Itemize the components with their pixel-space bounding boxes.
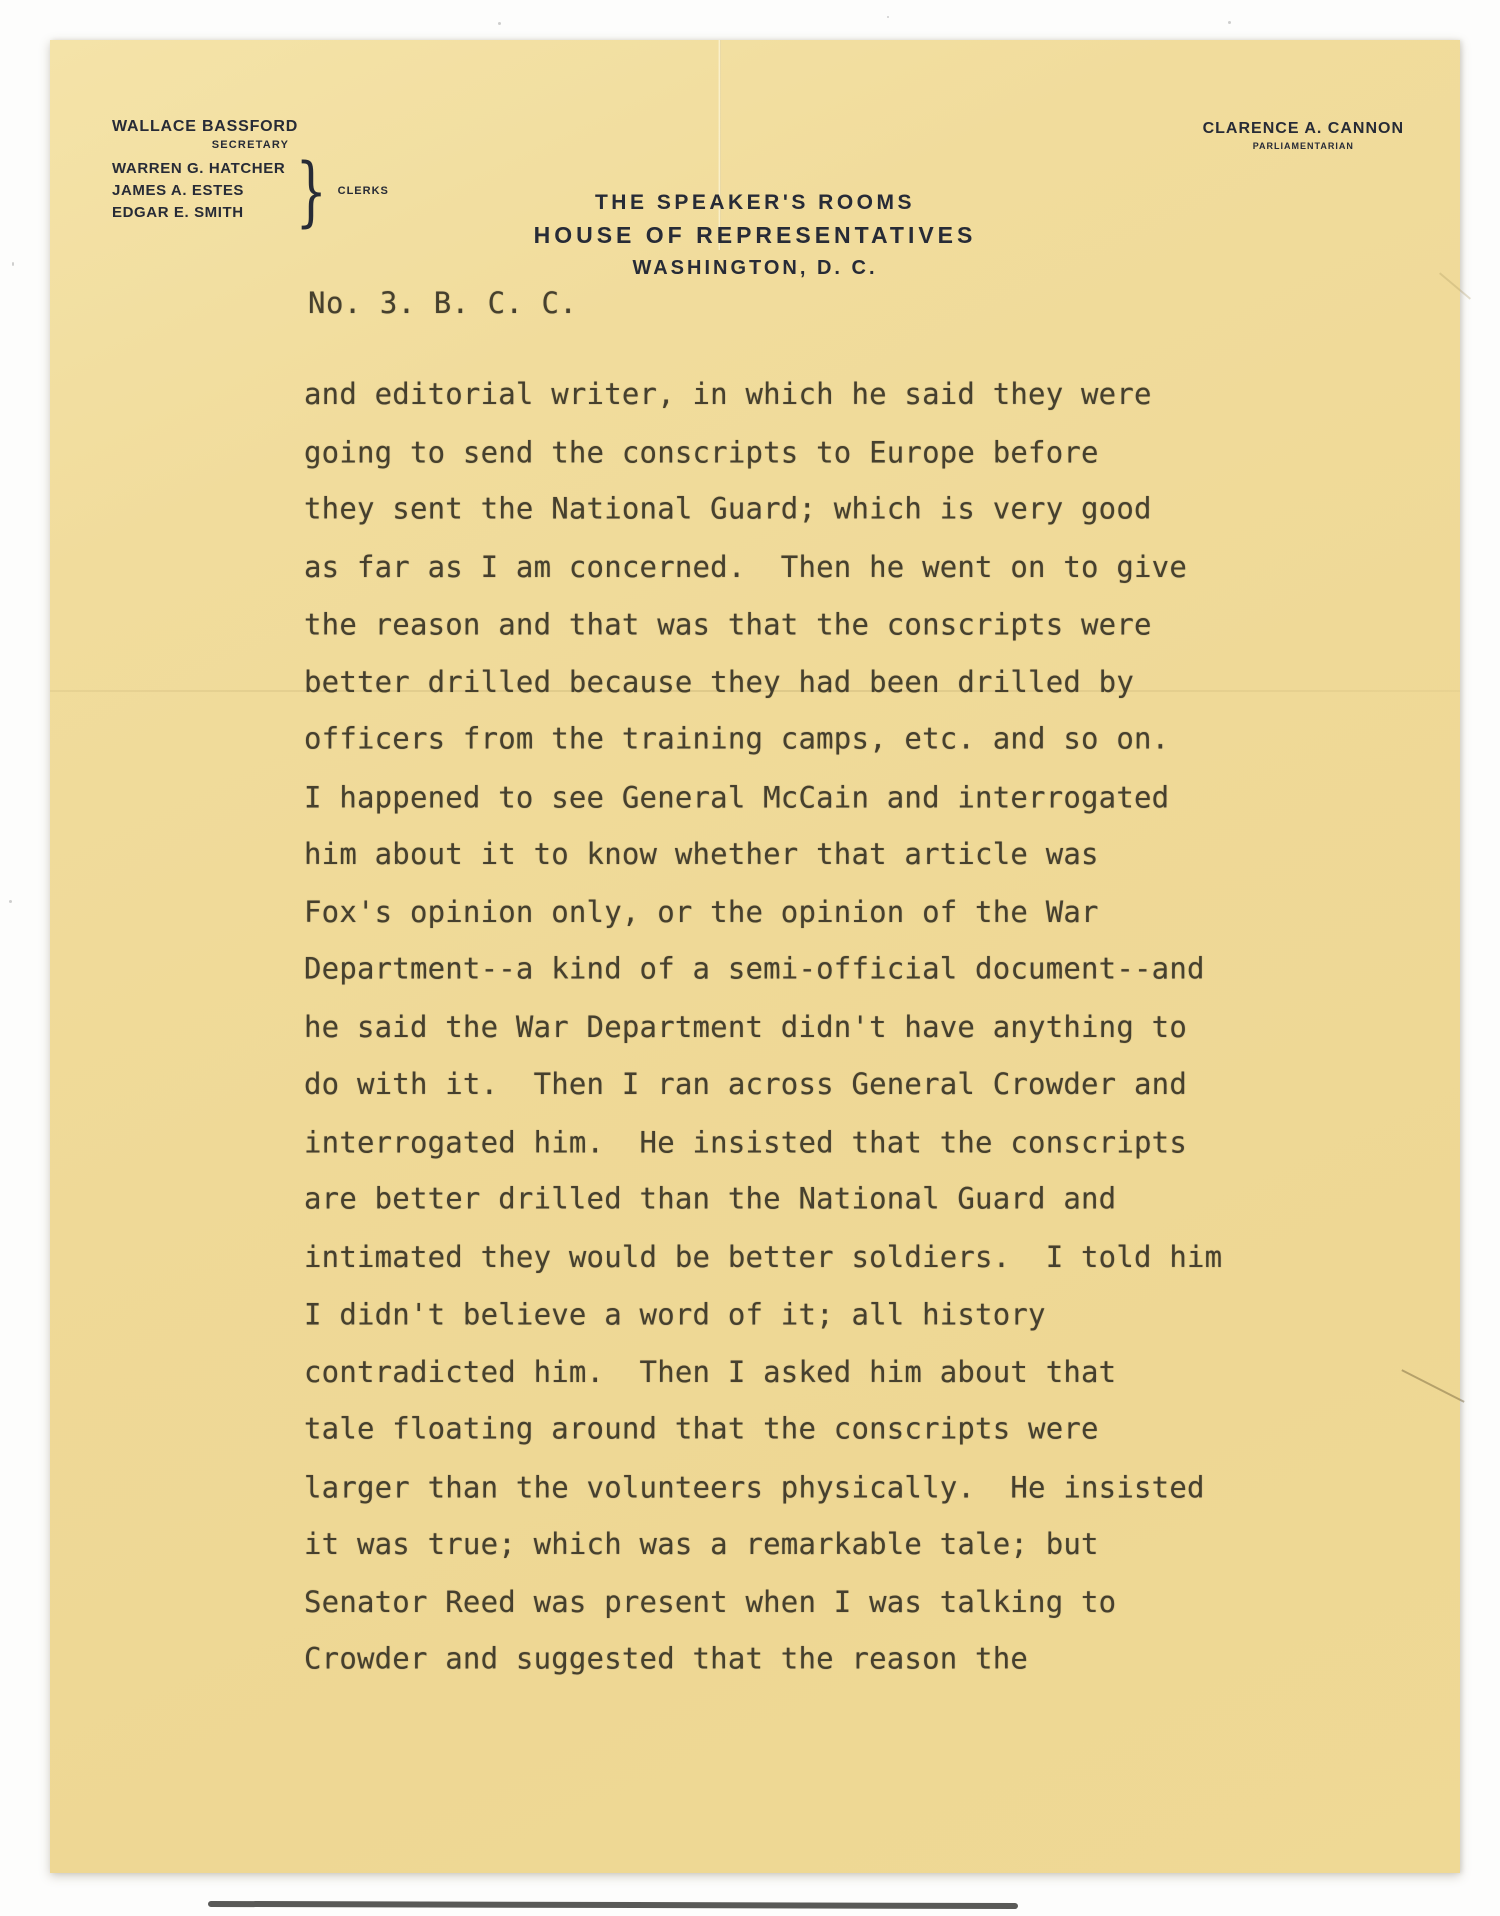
body-line: and editorial writer, in which he said t… <box>304 366 1264 424</box>
scan-background: WALLACE BASSFORD SECRETARY WARREN G. HAT… <box>0 0 1500 1916</box>
body-line: I happened to see General McCain and int… <box>304 769 1264 827</box>
body-line: he said the War Department didn't have a… <box>304 999 1264 1057</box>
body-line: interrogated him. He insisted that the c… <box>304 1114 1264 1172</box>
secretary-name: WALLACE BASSFORD <box>112 118 389 136</box>
body-line: him about it to know whether that articl… <box>304 826 1264 884</box>
body-line: they sent the National Guard; which is v… <box>304 481 1264 539</box>
body-line: Fox's opinion only, or the opinion of th… <box>304 884 1264 942</box>
office-title: THE SPEAKER'S ROOMS <box>50 186 1460 219</box>
dust-speck <box>1228 21 1231 24</box>
body-line: the reason and that was that the conscri… <box>304 597 1264 655</box>
institution-title: HOUSE OF REPRESENTATIVES <box>50 219 1460 252</box>
clerk-name: WARREN G. HATCHER <box>112 158 285 180</box>
letterhead-center-block: THE SPEAKER'S ROOMS HOUSE OF REPRESENTAT… <box>50 186 1460 285</box>
letter-page: WALLACE BASSFORD SECRETARY WARREN G. HAT… <box>50 40 1460 1873</box>
dust-speck <box>887 16 889 18</box>
body-line: Senator Reed was present when I was talk… <box>304 1574 1264 1632</box>
body-line: it was true; which was a remarkable tale… <box>304 1516 1264 1574</box>
body-line: officers from the training camps, etc. a… <box>304 711 1264 769</box>
body-line: Department--a kind of a semi-official do… <box>304 941 1264 999</box>
secretary-title: SECRETARY <box>112 139 389 151</box>
body-line: intimated they would be better soldiers.… <box>304 1229 1264 1287</box>
letter-body: and editorial writer, in which he said t… <box>304 366 1264 1689</box>
body-line: as far as I am concerned. Then he went o… <box>304 539 1264 597</box>
body-line: larger than the volunteers physically. H… <box>304 1459 1264 1517</box>
body-line: tale floating around that the conscripts… <box>304 1401 1264 1459</box>
parliamentarian-title: PARLIAMENTARIAN <box>1203 141 1404 151</box>
body-line: going to send the conscripts to Europe b… <box>304 424 1264 482</box>
paper-crease <box>1401 1369 1464 1403</box>
body-line: better drilled because they had been dri… <box>304 654 1264 712</box>
next-page-edge <box>208 1901 1018 1909</box>
parliamentarian-name: CLARENCE A. CANNON <box>1203 120 1404 138</box>
body-line: are better drilled than the National Gua… <box>304 1171 1264 1229</box>
body-line: contradicted him. Then I asked him about… <box>304 1344 1264 1402</box>
dust-speck <box>9 900 12 903</box>
body-line: do with it. Then I ran across General Cr… <box>304 1056 1264 1114</box>
dust-speck <box>498 22 501 25</box>
body-line: I didn't believe a word of it; all histo… <box>304 1287 1264 1345</box>
dust-speck <box>12 262 14 266</box>
body-line: Crowder and suggested that the reason th… <box>304 1631 1264 1689</box>
letterhead-right-block: CLARENCE A. CANNON PARLIAMENTARIAN <box>1203 120 1404 151</box>
page-number: No. 3. B. C. C. <box>308 286 577 320</box>
city-line: WASHINGTON, D. C. <box>50 252 1460 285</box>
